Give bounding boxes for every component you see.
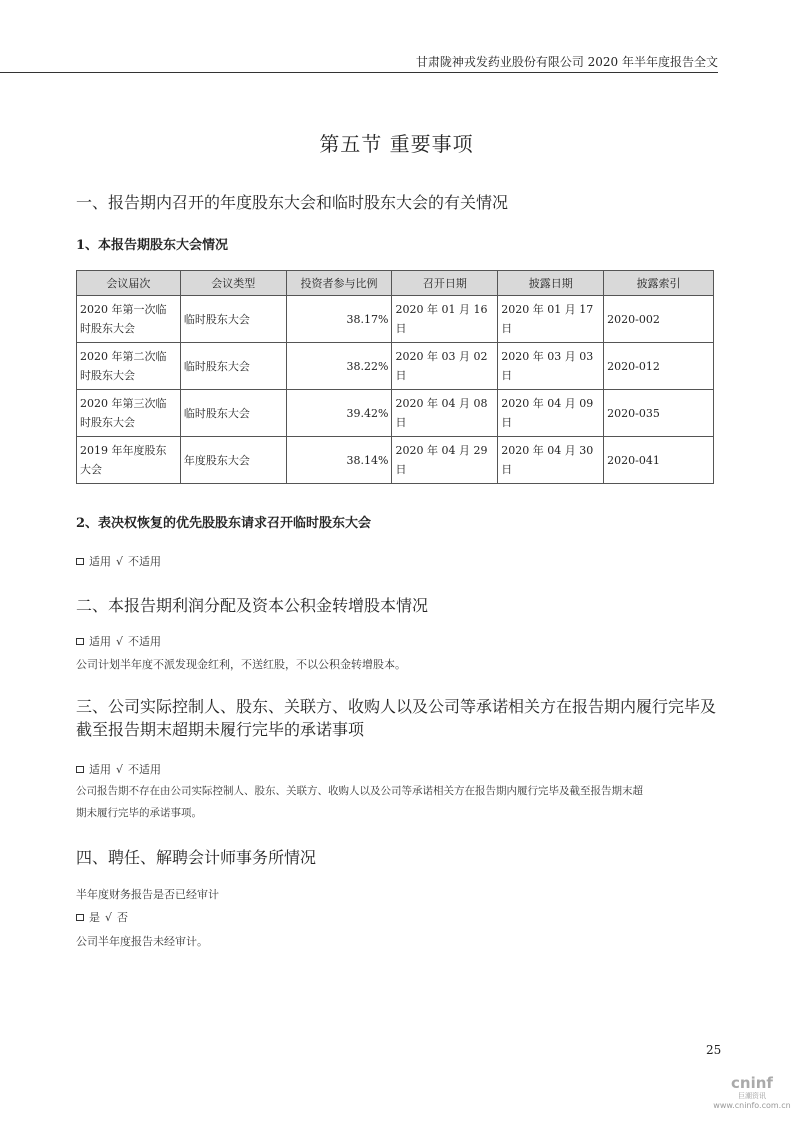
page-number: 25	[706, 1043, 721, 1057]
table-header-row: 会议届次 会议类型 投资者参与比例 召开日期 披露日期 披露索引	[77, 271, 714, 296]
subsection-1-heading: 1、本报告期股东大会情况	[76, 234, 228, 253]
logo-subtitle: 巨潮资讯	[712, 1092, 792, 1101]
cell-meeting-date: 2020 年 04 月 29 日	[392, 437, 498, 484]
cell-session: 2019 年年度股东大会	[77, 437, 181, 484]
cell-disclosure-index: 2020-041	[604, 437, 714, 484]
checkmark-icon: √	[116, 635, 123, 648]
option-yes: 是	[89, 909, 100, 925]
page-header: 甘肃陇神戎发药业股份有限公司 2020 年半年度报告全文	[0, 52, 718, 73]
cell-disclosure-date: 2020 年 04 月 09 日	[498, 390, 604, 437]
table-row: 2019 年年度股东大会 年度股东大会 38.14% 2020 年 04 月 2…	[77, 437, 714, 484]
section-2-heading: 二、本报告期利润分配及资本公积金转增股本情况	[76, 593, 428, 616]
option-applicable: 适用	[89, 553, 111, 569]
checkbox-unchecked-icon	[76, 766, 84, 773]
checkmark-icon: √	[116, 555, 123, 568]
section-4-heading: 四、聘任、解聘会计师事务所情况	[76, 845, 316, 868]
cell-participation: 38.22%	[286, 343, 392, 390]
section-3-heading-line2: 截至报告期末超期未履行完毕的承诺事项	[76, 717, 364, 740]
column-header-disclosure-index: 披露索引	[604, 271, 714, 296]
cell-type: 临时股东大会	[180, 390, 286, 437]
column-header-disclosure-date: 披露日期	[498, 271, 604, 296]
audit-question: 半年度财务报告是否已经审计	[76, 886, 219, 902]
audit-statement: 公司半年度报告未经审计。	[76, 933, 208, 949]
option-applicable: 适用	[89, 633, 111, 649]
checkmark-icon: √	[105, 911, 112, 924]
cell-session: 2020 年第一次临时股东大会	[77, 296, 181, 343]
cell-type: 临时股东大会	[180, 343, 286, 390]
option-no: 否	[117, 909, 128, 925]
column-header-meeting-date: 召开日期	[392, 271, 498, 296]
logo-url: www.cninfo.com.cn	[712, 1101, 792, 1111]
table-row: 2020 年第二次临时股东大会 临时股东大会 38.22% 2020 年 03 …	[77, 343, 714, 390]
cell-disclosure-index: 2020-035	[604, 390, 714, 437]
cell-meeting-date: 2020 年 04 月 08 日	[392, 390, 498, 437]
cell-disclosure-date: 2020 年 01 月 17 日	[498, 296, 604, 343]
cell-meeting-date: 2020 年 01 月 16 日	[392, 296, 498, 343]
checkbox-unchecked-icon	[76, 558, 84, 565]
subsection-2-heading: 2、表决权恢复的优先股股东请求召开临时股东大会	[76, 512, 371, 531]
column-header-participation: 投资者参与比例	[286, 271, 392, 296]
column-header-session: 会议届次	[77, 271, 181, 296]
table-row: 2020 年第三次临时股东大会 临时股东大会 39.42% 2020 年 04 …	[77, 390, 714, 437]
cell-disclosure-date: 2020 年 04 月 30 日	[498, 437, 604, 484]
checkbox-unchecked-icon	[76, 638, 84, 645]
logo-wordmark: cninf	[712, 1074, 792, 1092]
cell-disclosure-index: 2020-002	[604, 296, 714, 343]
column-header-type: 会议类型	[180, 271, 286, 296]
audit-check: 是 √ 否	[76, 909, 128, 925]
applicability-check: 适用 √ 不适用	[76, 761, 161, 777]
section-3-text-line2: 期未履行完毕的承诺事项。	[76, 805, 202, 820]
cell-disclosure-index: 2020-012	[604, 343, 714, 390]
shareholder-meetings-table: 会议届次 会议类型 投资者参与比例 召开日期 披露日期 披露索引 2020 年第…	[76, 270, 714, 484]
applicability-check: 适用 √ 不适用	[76, 553, 161, 569]
section-1-heading: 一、报告期内召开的年度股东大会和临时股东大会的有关情况	[76, 190, 508, 213]
cninfo-logo: cninf 巨潮资讯 www.cninfo.com.cn	[712, 1074, 792, 1111]
cell-disclosure-date: 2020 年 03 月 03 日	[498, 343, 604, 390]
cell-type: 临时股东大会	[180, 296, 286, 343]
cell-participation: 39.42%	[286, 390, 392, 437]
table-row: 2020 年第一次临时股东大会 临时股东大会 38.17% 2020 年 01 …	[77, 296, 714, 343]
option-not-applicable: 不适用	[128, 761, 161, 777]
applicability-check: 适用 √ 不适用	[76, 633, 161, 649]
cell-session: 2020 年第二次临时股东大会	[77, 343, 181, 390]
checkmark-icon: √	[116, 763, 123, 776]
section-2-text: 公司计划半年度不派发现金红利，不送红股，不以公积金转增股本。	[76, 656, 406, 672]
option-not-applicable: 不适用	[128, 553, 161, 569]
option-not-applicable: 不适用	[128, 633, 161, 649]
checkbox-unchecked-icon	[76, 914, 84, 921]
page-title: 第五节 重要事项	[0, 128, 793, 157]
option-applicable: 适用	[89, 761, 111, 777]
cell-meeting-date: 2020 年 03 月 02 日	[392, 343, 498, 390]
section-3-text-line1: 公司报告期不存在由公司实际控制人、股东、关联方、收购人以及公司等承诺相关方在报告…	[76, 783, 643, 798]
cell-session: 2020 年第三次临时股东大会	[77, 390, 181, 437]
cell-participation: 38.17%	[286, 296, 392, 343]
section-3-heading-line1: 三、公司实际控制人、股东、关联方、收购人以及公司等承诺相关方在报告期内履行完毕及	[76, 694, 716, 717]
cell-type: 年度股东大会	[180, 437, 286, 484]
header-title: 甘肃陇神戎发药业股份有限公司 2020 年半年度报告全文	[416, 53, 718, 70]
cell-participation: 38.14%	[286, 437, 392, 484]
